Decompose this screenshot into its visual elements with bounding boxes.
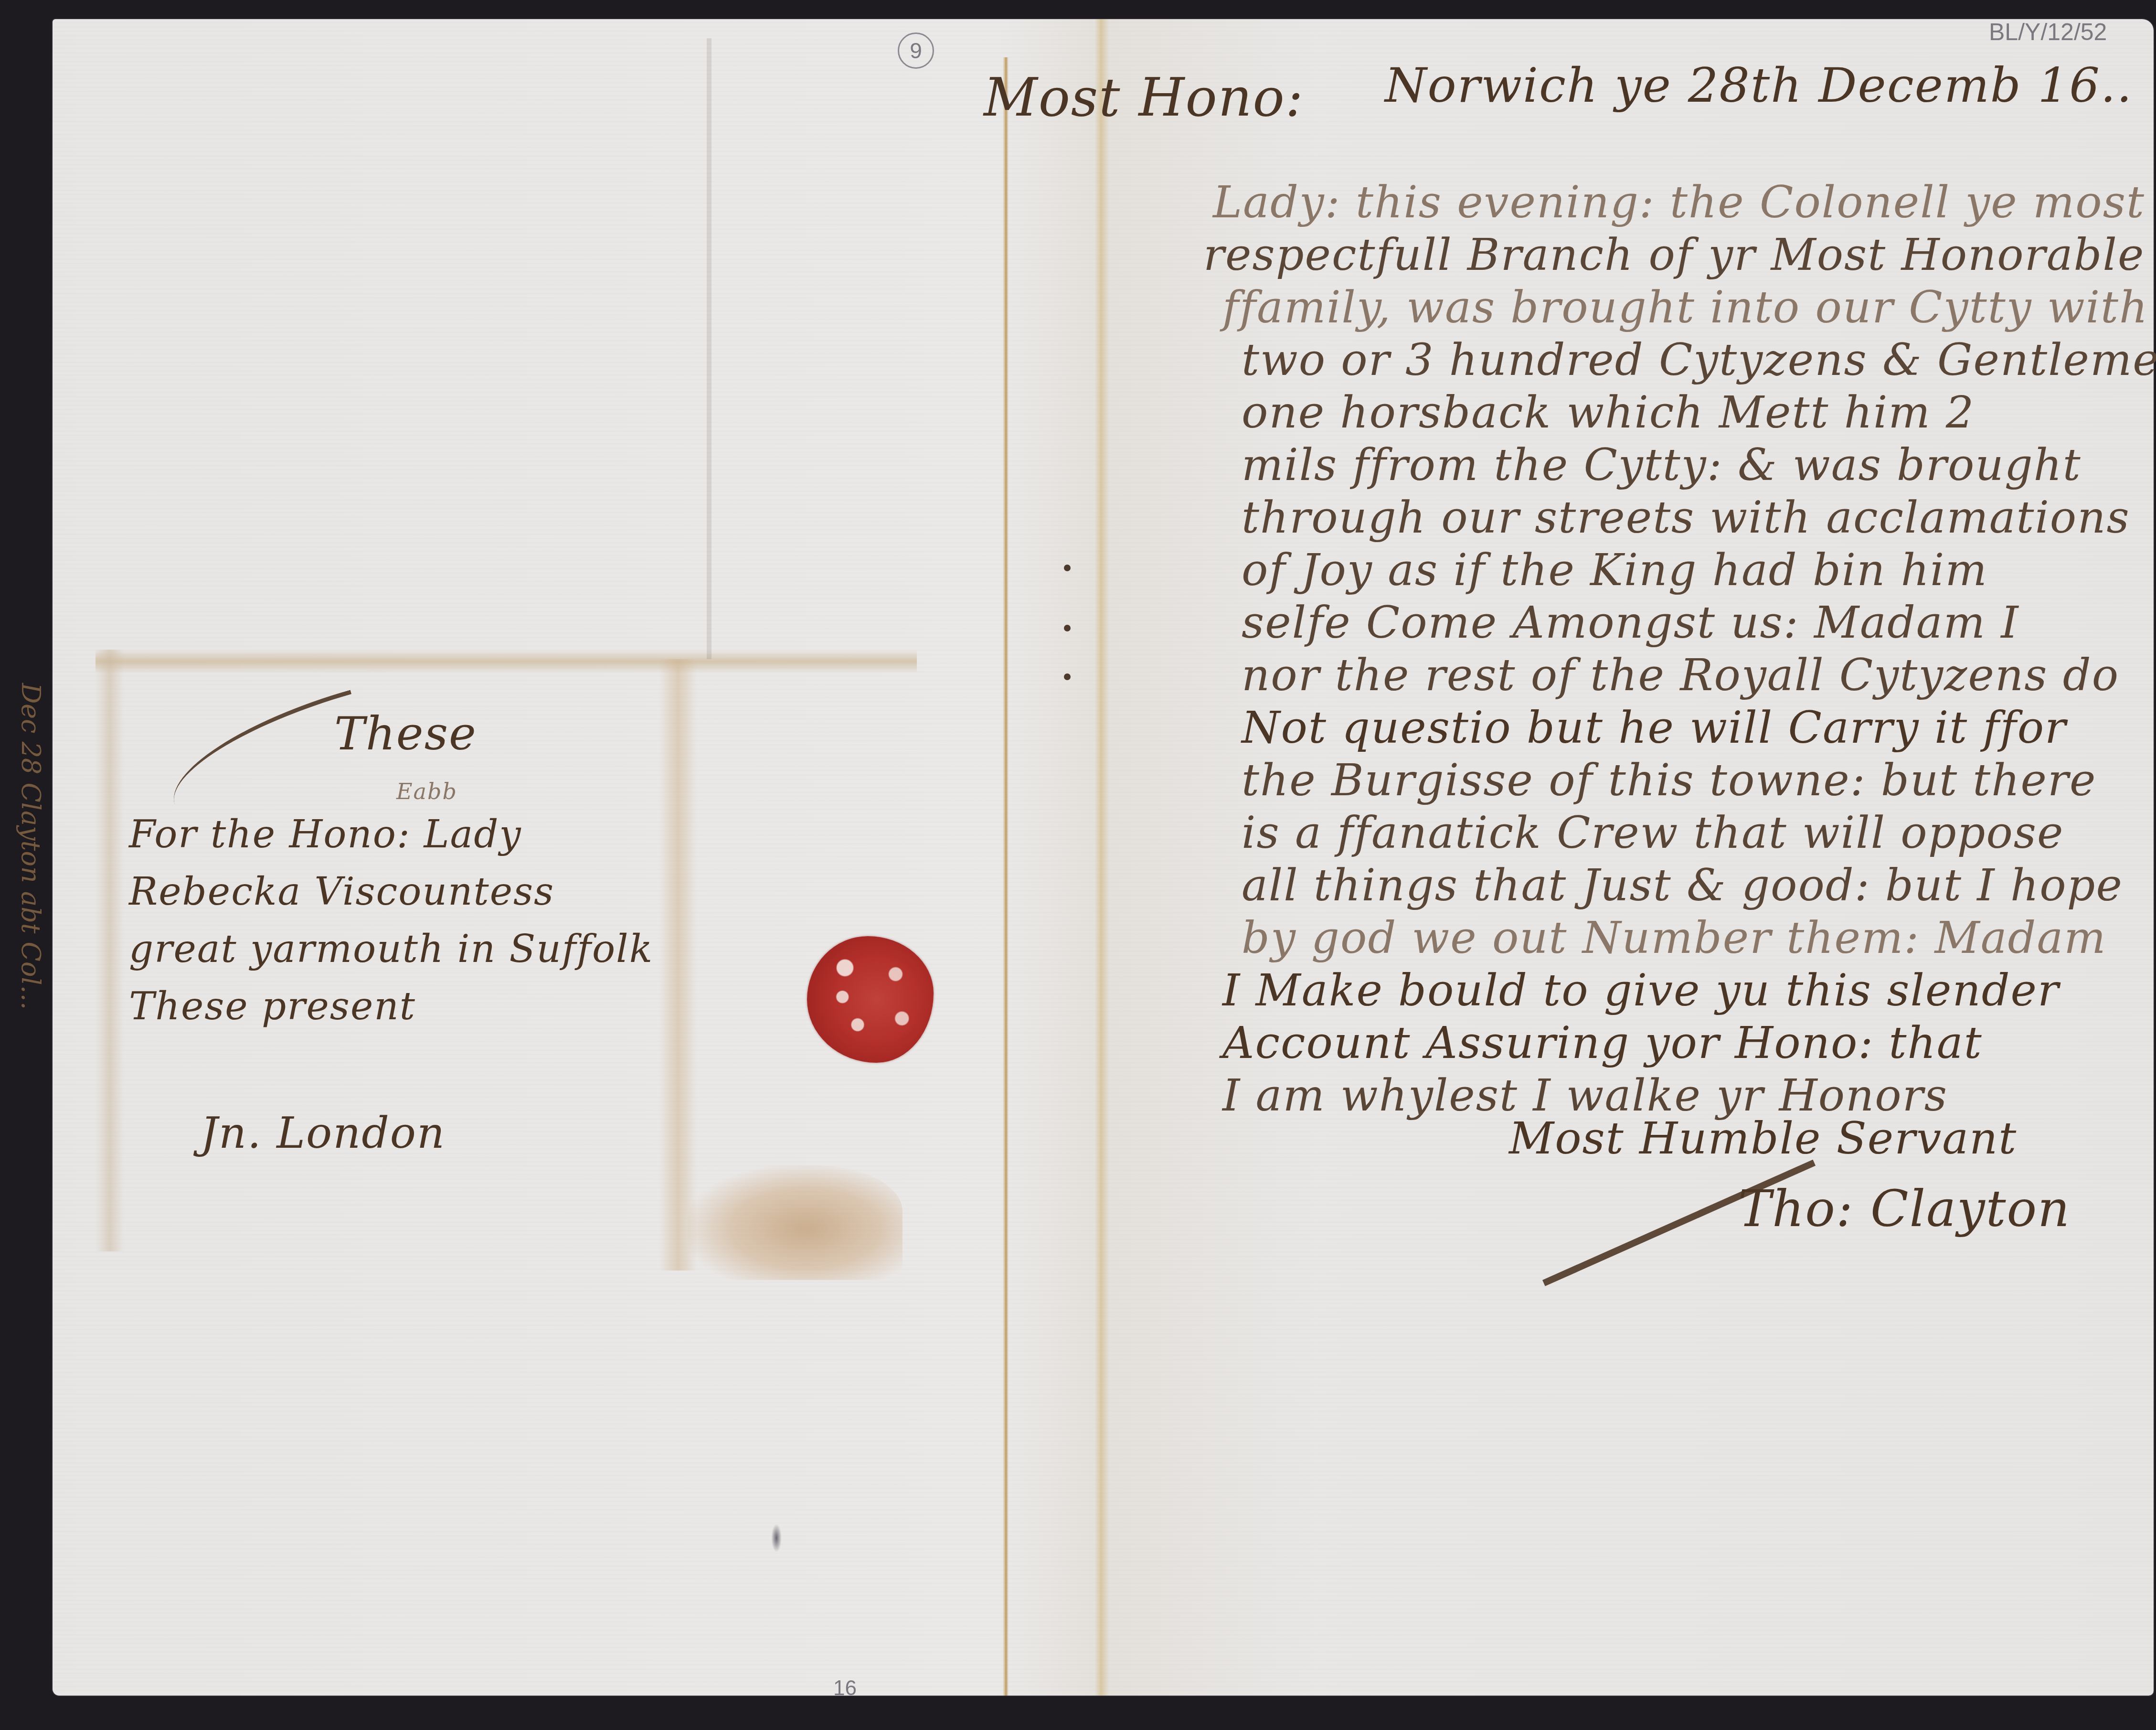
address-abbreviation: Eabb	[396, 779, 457, 804]
margin-mark	[1064, 565, 1071, 571]
address-line-place: great yarmouth in Suffolk	[129, 927, 653, 971]
margin-note-vertical: Dec 28 Clayton abt Col...	[16, 683, 46, 1010]
body-line: of Joy as if the King had bin him	[1242, 545, 1988, 596]
body-line: selfe Come Amongst us: Madam I	[1242, 597, 2019, 648]
vertical-fold-crease-top	[707, 38, 712, 659]
letter-body: Lady: this evening: the Colonell ye most…	[1213, 177, 2144, 1113]
body-line: is a ffanatick Crew that will oppose	[1242, 807, 2064, 858]
center-fold	[1003, 57, 1009, 1696]
body-line: respectfull Branch of yr Most Honorable	[1203, 229, 2145, 280]
address-line-recipient-title: For the Hono: Lady	[129, 812, 522, 856]
address-line-recipient-name: Rebecka Viscountess	[129, 869, 554, 914]
closing: Most Humble Servant	[1509, 1113, 2017, 1164]
body-line: through our streets with acclamations	[1242, 492, 2130, 543]
endorsement-signature: Jn. London	[201, 1108, 446, 1158]
dateline: Norwich ye 28th Decemb 16..	[1385, 57, 2133, 113]
margin-mark	[1064, 625, 1071, 631]
vertical-fold-crease-left	[96, 650, 124, 1251]
body-line: ffamily, was brought into our Cytty with	[1222, 282, 2148, 333]
address-panel: These Eabb For the Hono: Lady Rebecka Vi…	[129, 678, 630, 1204]
body-line: Not questio but he will Carry it ffor	[1242, 702, 2067, 753]
signature: Tho: Clayton	[1738, 1180, 2071, 1238]
body-line: one horsback which Mett him 2	[1242, 387, 1975, 438]
salutation: Most Hono:	[984, 67, 1304, 128]
archive-reference: BL/Y/12/52	[1989, 18, 2107, 46]
ink-smudge	[771, 1524, 782, 1552]
address-line-these: These	[334, 707, 477, 760]
vertical-fold-crease-right	[659, 659, 697, 1271]
water-stain	[688, 1165, 903, 1280]
body-line: the Burgisse of this towne: but there	[1242, 755, 2096, 806]
body-line: I Make bould to give yu this slender	[1222, 965, 2060, 1016]
body-line: mils ffrom the Cytty: & was brought	[1242, 439, 2082, 491]
body-line: Account Assuring yor Hono: that	[1222, 1017, 1983, 1068]
body-line: Lady: this evening: the Colonell ye most	[1213, 177, 2145, 228]
body-line: by god we out Number them: Madam	[1242, 912, 2107, 963]
margin-mark	[1064, 673, 1071, 680]
address-line-these-present: These present	[129, 984, 416, 1028]
horizontal-fold-crease	[96, 650, 917, 673]
body-line: nor the rest of the Royall Cytyzens do	[1242, 650, 2119, 701]
folio-number-circled: 9	[898, 32, 934, 69]
body-line: all things that Just & good: but I hope	[1242, 860, 2123, 911]
folio-number-bottom: 16	[833, 1677, 857, 1700]
body-line: two or 3 hundred Cytyzens & Gentlemen	[1242, 334, 2156, 385]
